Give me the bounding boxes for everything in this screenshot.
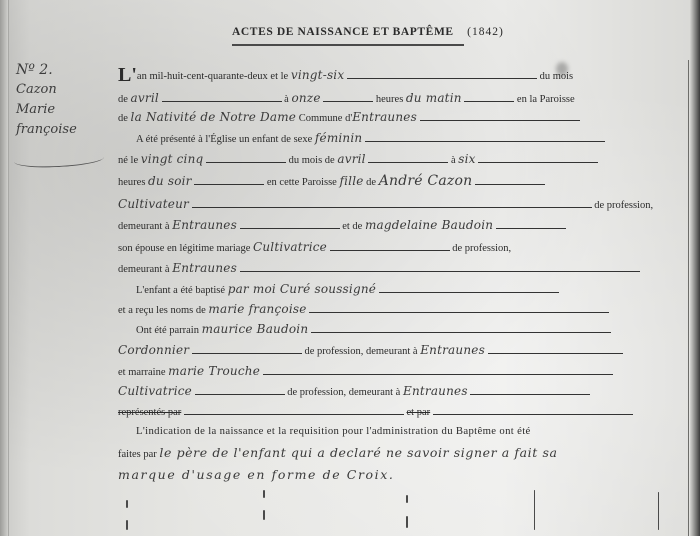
fill-line <box>206 150 286 163</box>
line-mark: marque d'usage en forme de Croix. <box>118 466 394 484</box>
declared-by-value: le père de l'enfant qui a declaré ne sav… <box>159 445 557 460</box>
header-underline <box>232 44 464 46</box>
declaration-text: L'indication de la naissance et la requi… <box>136 425 531 437</box>
label: faites par <box>118 449 157 460</box>
label: L'enfant a été baptisé <box>136 285 225 296</box>
label: en cette Paroisse <box>267 177 337 188</box>
fill-line <box>192 195 592 208</box>
line-sex: A été présenté à l'Église un enfant de s… <box>136 129 605 147</box>
margin-rule <box>8 0 9 536</box>
line-month-hour: de avril à onze heures du matin en la Pa… <box>118 89 575 107</box>
line-declared-by: faites par le père de l'enfant qui a dec… <box>118 444 558 462</box>
month-value: avril <box>131 91 159 105</box>
father-name-value: André Cazon <box>379 173 473 189</box>
hour-value: onze <box>291 91 320 105</box>
birth-day-value: vingt cinq <box>141 152 204 166</box>
godfather-profession-value: Cordonnier <box>118 343 189 357</box>
label: à <box>451 155 456 166</box>
line-father-profession: Cultivateur de profession, <box>118 195 653 213</box>
line-declaration: L'indication de la naissance et la requi… <box>136 422 531 440</box>
initial-letter: L' <box>118 64 137 86</box>
baptised-by-value: par moi Curé soussigné <box>228 282 376 296</box>
godfather-value: maurice Baudoin <box>202 322 309 336</box>
label: A été présenté à l'Église un enfant de s… <box>136 134 312 145</box>
fill-line <box>433 402 633 415</box>
fill-line <box>311 320 611 333</box>
label: de <box>118 94 128 105</box>
child-value: fille <box>339 174 363 188</box>
fill-line <box>263 362 613 375</box>
birth-hour-value: six <box>458 152 475 166</box>
entry-surname: Cazon <box>16 80 106 100</box>
label-struck: représentés par <box>118 407 181 418</box>
fill-line <box>323 89 373 102</box>
label: an mil-huit-cent-quarante-deux et le <box>137 71 288 82</box>
mother-name-value: magdelaine Baudoin <box>365 218 493 232</box>
line-date: L'an mil-huit-cent-quarante-deux et le v… <box>118 66 573 84</box>
line-godmother: et marraine marie Trouche <box>118 362 613 380</box>
label: de profession, <box>452 243 511 254</box>
label: demeurant à <box>118 221 170 232</box>
label-struck: et par <box>407 407 431 418</box>
label: né le <box>118 155 138 166</box>
fill-line <box>194 172 264 185</box>
line-given-names: et a reçu les noms de marie françoise <box>118 300 609 318</box>
line-godfather: Ont été parrain maurice Baudoin <box>136 320 611 338</box>
label: de profession, <box>594 200 653 211</box>
document-page: ACTES DE NAISSANCE ET BAPTÊME (1842) Nº … <box>0 0 700 536</box>
margin-note: Nº 2. Cazon Marie françoise <box>16 60 106 140</box>
mark-value: marque d'usage en forme de Croix. <box>118 467 394 482</box>
entry-given-name-2: françoise <box>16 120 106 140</box>
godmother-profession-value: Cultivatrice <box>118 384 192 398</box>
entry-number: Nº 2. <box>16 60 106 80</box>
residence-value: Entraunes <box>172 218 237 232</box>
day-value: vingt-six <box>291 68 344 82</box>
given-names-value: marie françoise <box>208 302 306 316</box>
fill-line <box>478 150 598 163</box>
label: demeurant à <box>118 264 170 275</box>
label: de <box>118 113 128 124</box>
father-profession-value: Cultivateur <box>118 197 189 211</box>
fill-line <box>184 402 404 415</box>
right-rule <box>688 60 689 536</box>
label: de <box>366 177 376 188</box>
fill-line <box>195 382 285 395</box>
label: en la Paroisse <box>517 94 575 105</box>
line-godfather-profession: Cordonnier de profession, demeurant à En… <box>118 341 623 359</box>
fill-line <box>192 341 302 354</box>
label: du mois <box>540 71 574 82</box>
mother-profession-value: Cultivatrice <box>253 240 327 254</box>
label: et marraine <box>118 367 166 378</box>
parish-value: la Nativité de Notre Dame <box>131 110 297 124</box>
label: de profession, demeurant à <box>287 387 400 398</box>
line-mother-profession: son épouse en légitime mariage Cultivatr… <box>118 238 511 256</box>
label: Commune d' <box>299 113 353 124</box>
fill-line <box>488 341 623 354</box>
page-left-edge <box>0 0 8 536</box>
time-value: du matin <box>406 91 462 105</box>
birth-month-value: avril <box>337 152 365 166</box>
line-baptised-by: L'enfant a été baptisé par moi Curé sous… <box>136 280 559 298</box>
margin-flourish <box>14 150 105 170</box>
register-title: ACTES DE NAISSANCE ET BAPTÊME <box>232 26 454 38</box>
fill-line <box>470 382 590 395</box>
label: Ont été parrain <box>136 325 199 336</box>
birth-time-value: du soir <box>148 174 192 188</box>
register-header: ACTES DE NAISSANCE ET BAPTÊME (1842) <box>232 26 504 38</box>
fill-line <box>347 66 537 79</box>
line-birth-date: né le vingt cinq du mois de avril à six <box>118 150 598 168</box>
fill-line <box>464 89 514 102</box>
label: son épouse en légitime mariage <box>118 243 250 254</box>
fill-line <box>379 280 559 293</box>
page-right-edge <box>690 0 700 536</box>
fill-line <box>162 89 282 102</box>
fill-line <box>330 238 450 251</box>
fill-line <box>365 129 605 142</box>
godmother-residence-value: Entraunes <box>403 384 468 398</box>
label: de profession, demeurant à <box>304 346 417 357</box>
godfather-residence-value: Entraunes <box>420 343 485 357</box>
label: à <box>284 94 289 105</box>
line-parish: de la Nativité de Notre Dame Commune d'E… <box>118 108 580 126</box>
line-godmother-profession: Cultivatrice de profession, demeurant à … <box>118 382 590 400</box>
line-represented-by: représentés par et par <box>118 402 633 420</box>
fill-line <box>309 300 609 313</box>
line-mother: demeurant à Entraunes et de magdelaine B… <box>118 216 566 234</box>
mother-residence-value: Entraunes <box>172 261 237 275</box>
commune-value: Entraunes <box>352 110 417 124</box>
fill-line <box>368 150 448 163</box>
label: heures <box>118 177 145 188</box>
line-father: heures du soir en cette Paroisse fille d… <box>118 172 545 190</box>
fill-line <box>240 216 340 229</box>
fill-line <box>240 259 640 272</box>
fill-line <box>496 216 566 229</box>
sex-value: féminin <box>315 131 362 145</box>
label: et de <box>342 221 362 232</box>
register-year: (1842) <box>467 26 504 38</box>
line-mother-residence: demeurant à Entraunes <box>118 259 640 277</box>
label: du mois de <box>289 155 335 166</box>
label: heures <box>376 94 403 105</box>
label: et a reçu les noms de <box>118 305 206 316</box>
fill-line <box>420 108 580 121</box>
godmother-value: marie Trouche <box>168 364 260 378</box>
fill-line <box>475 172 545 185</box>
entry-given-name-1: Marie <box>16 100 106 120</box>
